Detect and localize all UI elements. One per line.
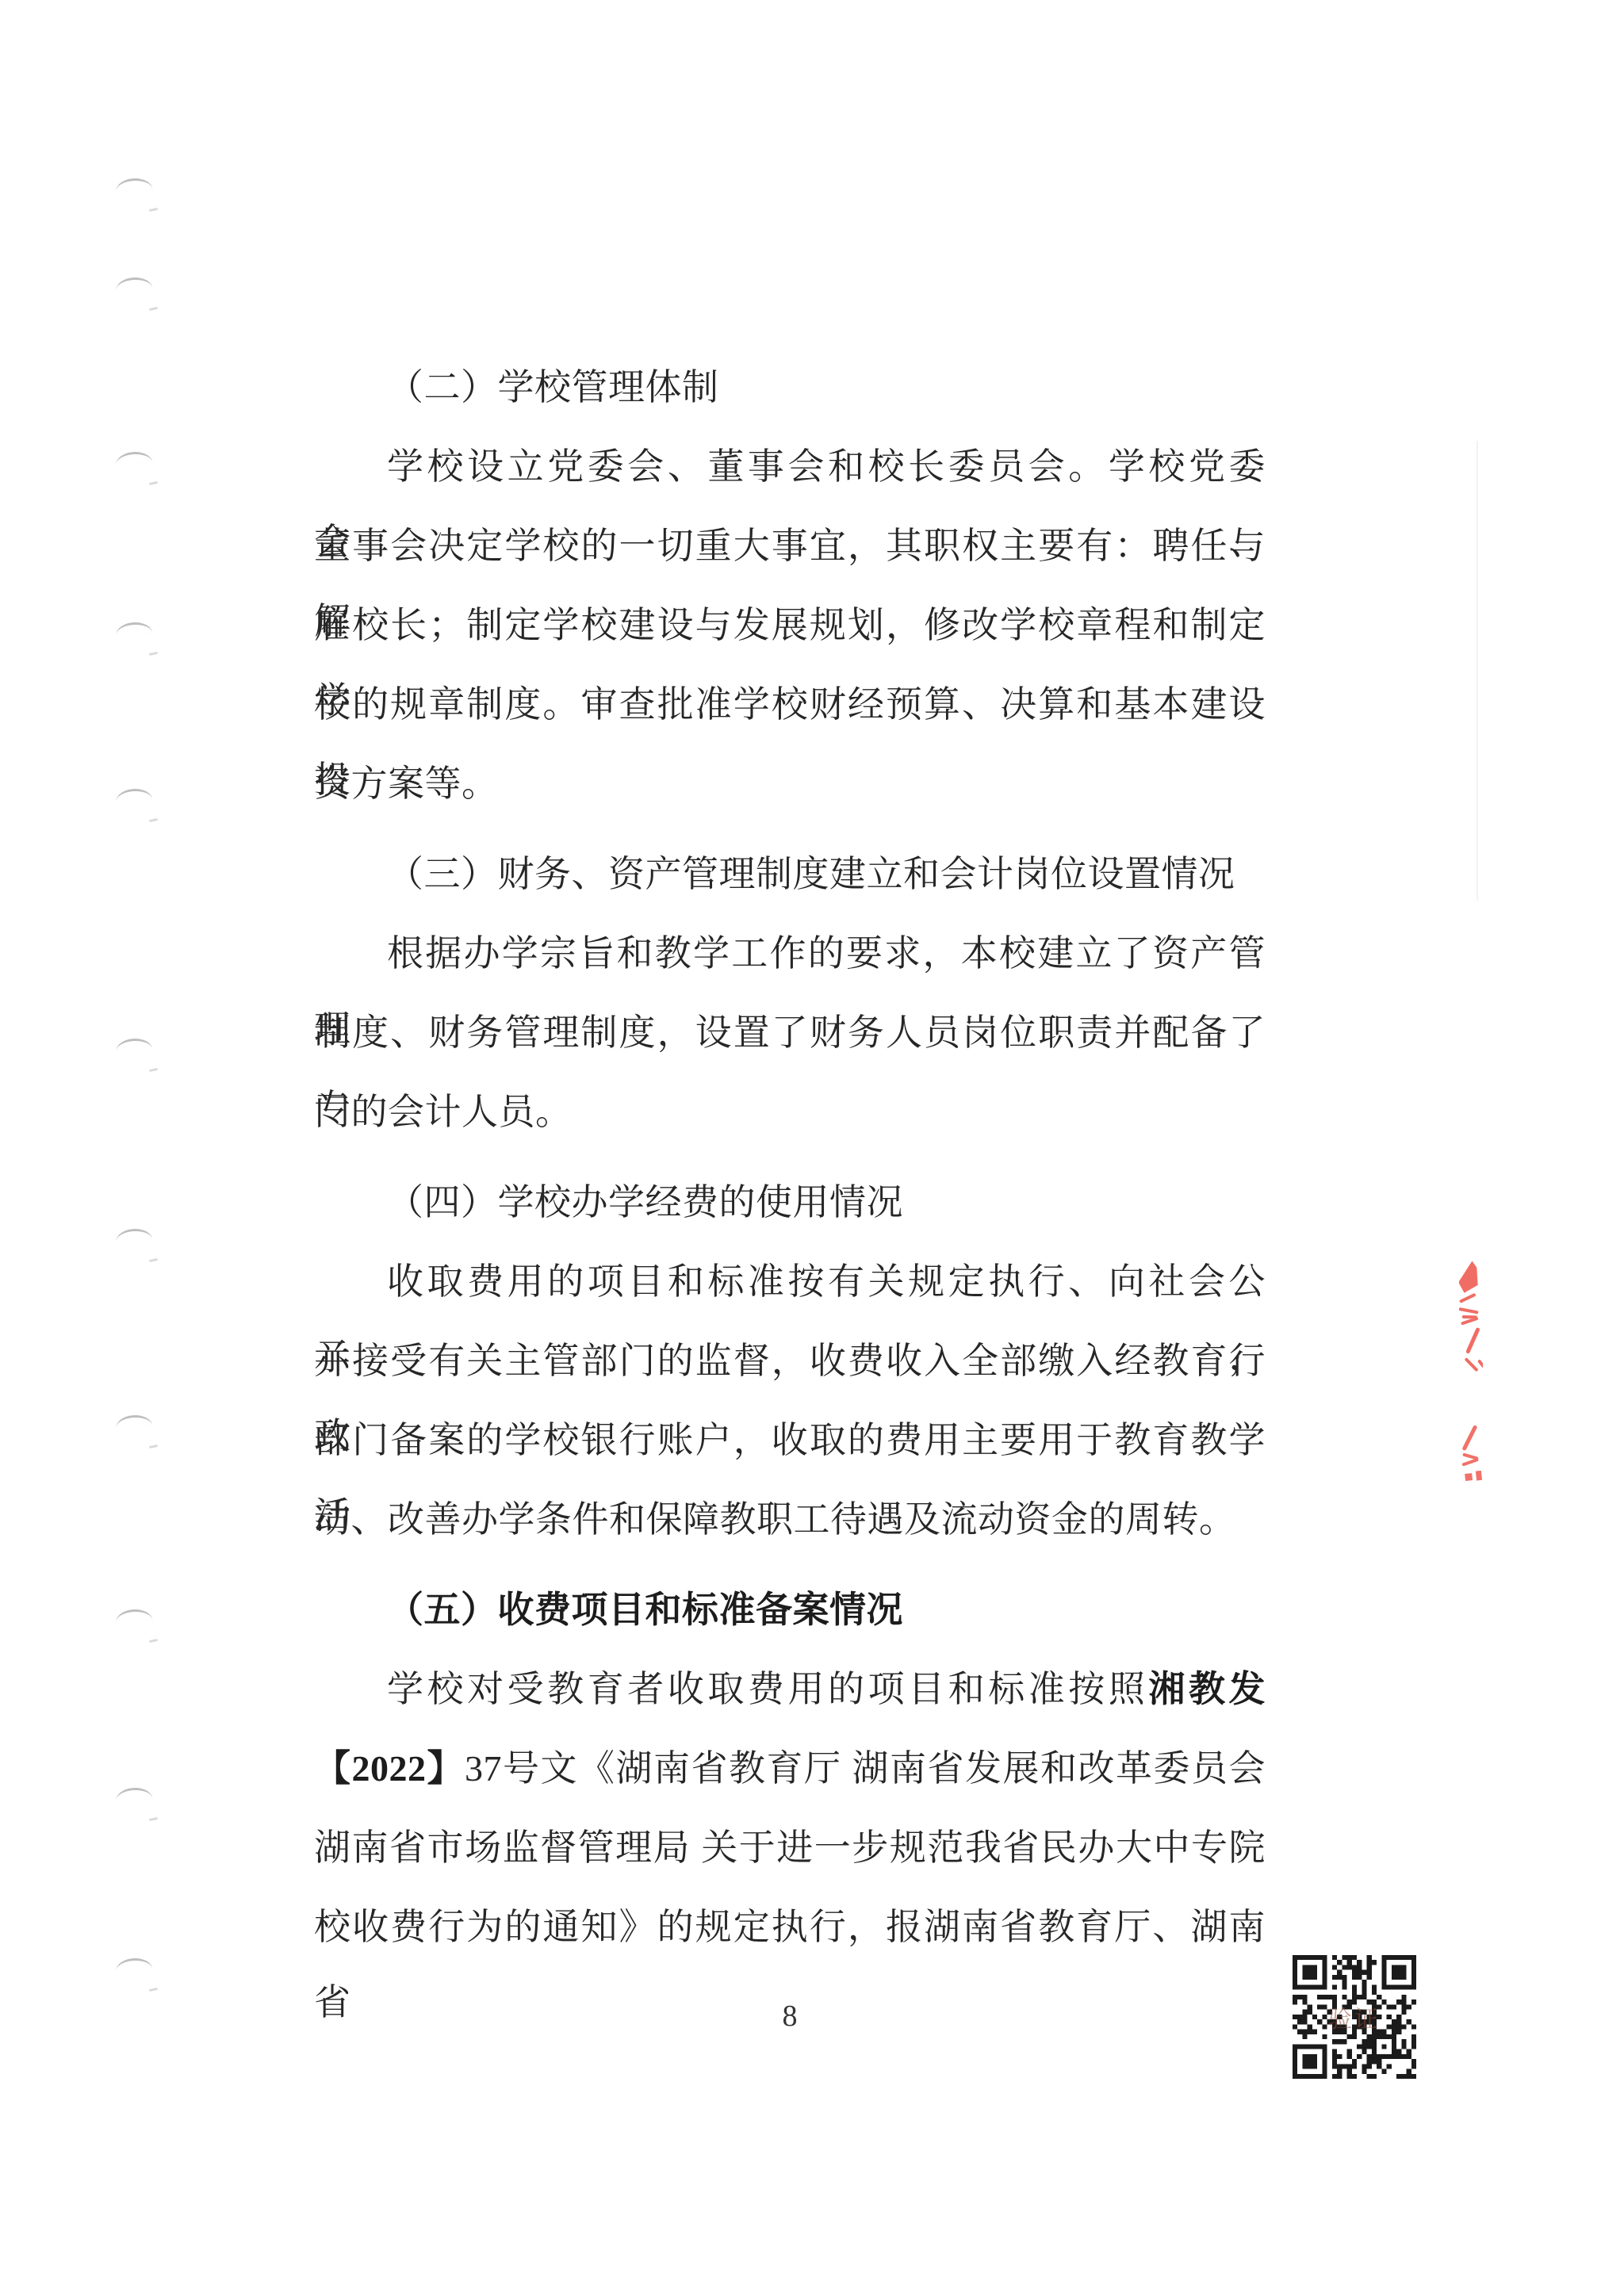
scan-crease-line [1477, 441, 1478, 901]
text-line: 根据办学宗旨和教学工作的要求，本校建立了资产管理 [314, 916, 1266, 991]
text-column: （二）学校管理体制学校设立党委会、董事会和校长委员会。学校党委会、董事会决定学校… [314, 0, 1266, 2296]
text-segment: 门的会计人员。 [314, 1092, 573, 1132]
text-line: 并接受有关主管部门的监督，收费收入全部缴入经教育行政 [314, 1323, 1266, 1399]
binding-mark [116, 1414, 153, 1428]
binding-mark-speck [149, 1445, 158, 1448]
binding-mark [116, 178, 153, 191]
text-segment: 37号文《湖南省教育厅 湖南省发展和改革委员会 [465, 1748, 1266, 1789]
section-heading: （二）学校管理体制 [314, 350, 1266, 425]
binding-mark-speck [149, 1639, 158, 1643]
binding-mark-speck [149, 1258, 158, 1262]
text-segment: 资方案等。 [314, 763, 499, 804]
text-segment: 湘教发 [1148, 1669, 1266, 1709]
red-stamp-fragment-upper [1459, 1259, 1483, 1378]
binding-mark [116, 1609, 153, 1622]
section-heading: （四）学校办学经费的使用情况 [314, 1165, 1266, 1240]
text-segment: 【2022】 [314, 1748, 465, 1789]
red-stamp-fragment-lower [1461, 1425, 1483, 1489]
text-segment: 学校对受教育者收取费用的项目和标准按照 [387, 1669, 1148, 1709]
binding-mark [116, 1787, 153, 1800]
section-heading: （三）财务、资产管理制度建立和会计岗位设置情况 [314, 836, 1266, 912]
text-segment: （二）学校管理体制 [387, 367, 719, 408]
scanned-document-page: （二）学校管理体制学校设立党委会、董事会和校长委员会。学校党委会、董事会决定学校… [0, 0, 1624, 2296]
binding-mark [116, 1957, 153, 1971]
text-line: 【2022】37号文《湖南省教育厅 湖南省发展和改革委员会 [314, 1731, 1266, 1806]
text-line: 收取费用的项目和标准按有关规定执行、向社会公示， [314, 1244, 1266, 1319]
text-line: 动、改善办学条件和保障教职工待遇及流动资金的周转。 [314, 1482, 1266, 1557]
page-number: 8 [314, 1992, 1266, 2041]
section-heading: （五）收费项目和标准备案情况 [314, 1572, 1266, 1647]
text-line: 学校设立党委会、董事会和校长委员会。学校党委会、 [314, 429, 1266, 504]
text-segment: 动、改善办学条件和保障教职工待遇及流动资金的周转。 [314, 1499, 1236, 1540]
binding-mark [116, 277, 153, 290]
text-line: 资方案等。 [314, 746, 1266, 821]
binding-mark-speck [149, 1068, 158, 1072]
binding-mark [116, 1228, 153, 1242]
binding-mark [116, 451, 153, 465]
binding-mark-speck [149, 1988, 158, 1992]
qr-code: 验证 [1293, 1955, 1416, 2079]
binding-mark [116, 788, 153, 802]
text-segment: （三）财务、资产管理制度建立和会计岗位设置情况 [387, 854, 1235, 894]
text-segment: 湖南省市场监督管理局 关于进一步规范我省民办大中专院 [314, 1827, 1266, 1868]
binding-mark-speck [149, 208, 158, 212]
binding-mark-speck [149, 1817, 158, 1821]
text-segment: （五）收费项目和标准备案情况 [387, 1590, 903, 1630]
text-line: 雇校长；制定学校建设与发展规划，修改学校章程和制定学 [314, 587, 1266, 663]
binding-mark-speck [149, 652, 158, 656]
text-line: 校收费行为的通知》的规定执行，报湖南省教育厅、湖南省 [314, 1889, 1266, 1965]
text-line: 校的规章制度。审查批准学校财经预算、决算和基本建设投 [314, 667, 1266, 742]
text-segment: （四）学校办学经费的使用情况 [387, 1182, 903, 1223]
text-line: 学校对受教育者收取费用的项目和标准按照湘教发 [314, 1651, 1266, 1727]
binding-mark-speck [149, 818, 158, 822]
binding-mark [116, 622, 153, 635]
binding-mark [116, 1038, 153, 1051]
text-line: 董事会决定学校的一切重大事宜，其职权主要有：聘任与解 [314, 508, 1266, 584]
text-line: 制度、财务管理制度，设置了财务人员岗位职责并配备了专 [314, 995, 1266, 1070]
text-line: 门的会计人员。 [314, 1074, 1266, 1150]
text-line: 部门备案的学校银行账户，收取的费用主要用于教育教学活 [314, 1402, 1266, 1478]
qr-modules [1293, 1955, 1416, 2079]
binding-mark-speck [149, 307, 158, 311]
text-line: 湖南省市场监督管理局 关于进一步规范我省民办大中专院 [314, 1810, 1266, 1885]
binding-mark-speck [149, 481, 158, 485]
